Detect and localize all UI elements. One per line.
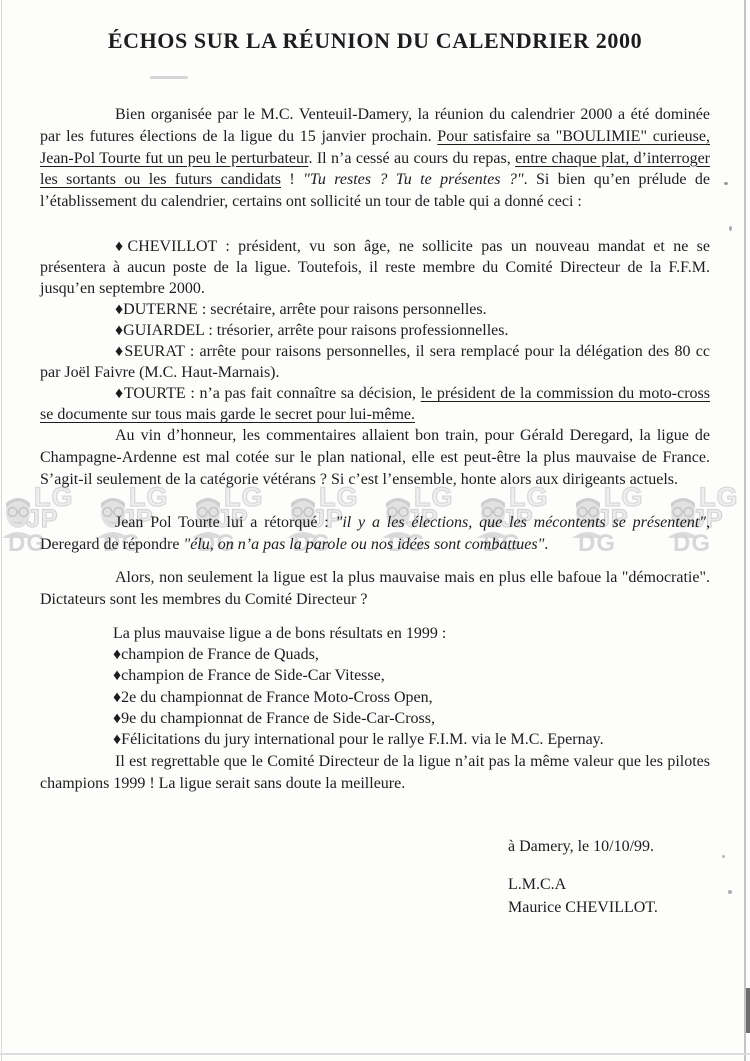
scan-speck — [722, 855, 725, 858]
scan-edge-right-dark — [746, 988, 750, 1033]
scan-speck — [729, 226, 732, 231]
results-list: La plus mauvaise ligue a de bons résulta… — [113, 623, 693, 750]
roll-call-item-guiardel: ♦GUIARDEL : trésorier, arrête pour raiso… — [40, 320, 710, 341]
scan-smudge — [150, 76, 188, 79]
scan-speck — [728, 890, 732, 894]
document-title: ÉCHOS SUR LA RÉUNION DU CALENDRIER 2000 — [0, 28, 750, 54]
retort-paragraph: Jean Pol Tourte lui a rétorqué : "il y a… — [40, 512, 710, 556]
intro-paragraph: Bien organisée par le M.C. Venteuil-Dame… — [40, 104, 710, 213]
roll-call-item-chevillot: ♦CHEVILLOT : président, vu son âge, ne s… — [40, 236, 710, 299]
scan-edge-right — [744, 0, 746, 1061]
roll-call-item-duterne: ♦DUTERNE : secrétaire, arrête pour raiso… — [40, 299, 710, 320]
scan-edge-left — [1, 0, 2, 1061]
roll-call-item-tourte: ♦TOURTE : n’a pas fait connaître sa déci… — [40, 383, 710, 425]
signature-place-date: à Damery, le 10/10/99. — [508, 836, 738, 859]
results-item: ♦Félicitations du jury international pou… — [113, 729, 693, 750]
signature-org: L.M.C.A — [508, 874, 738, 897]
roll-call-list: ♦CHEVILLOT : président, vu son âge, ne s… — [40, 236, 710, 425]
results-intro: La plus mauvaise ligue a de bons résulta… — [113, 623, 693, 644]
scan-edge-bottom — [0, 1053, 750, 1055]
scanned-document-page: ÉCHOS SUR LA RÉUNION DU CALENDRIER 2000 … — [0, 0, 750, 1061]
results-item: ♦9e du championnat de France de Side-Car… — [113, 708, 693, 729]
roll-call-item-seurat: ♦SEURAT : arrête pour raisons personnell… — [40, 341, 710, 383]
scan-speck — [724, 182, 728, 185]
wine-paragraph: Au vin d’honneur, les commentaires allai… — [40, 425, 710, 492]
results-item: ♦champion de France de Side-Car Vitesse, — [113, 665, 693, 686]
results-item: ♦champion de France de Quads, — [113, 644, 693, 665]
results-item: ♦2e du championnat de France Moto-Cross … — [113, 687, 693, 708]
signature-block: L.M.C.A Maurice CHEVILLOT. — [508, 874, 738, 919]
democracy-paragraph: Alors, non seulement la ligue est la plu… — [40, 567, 710, 611]
closing-paragraph: Il est regrettable que le Comité Directe… — [40, 751, 710, 795]
signature-name: Maurice CHEVILLOT. — [508, 897, 738, 920]
